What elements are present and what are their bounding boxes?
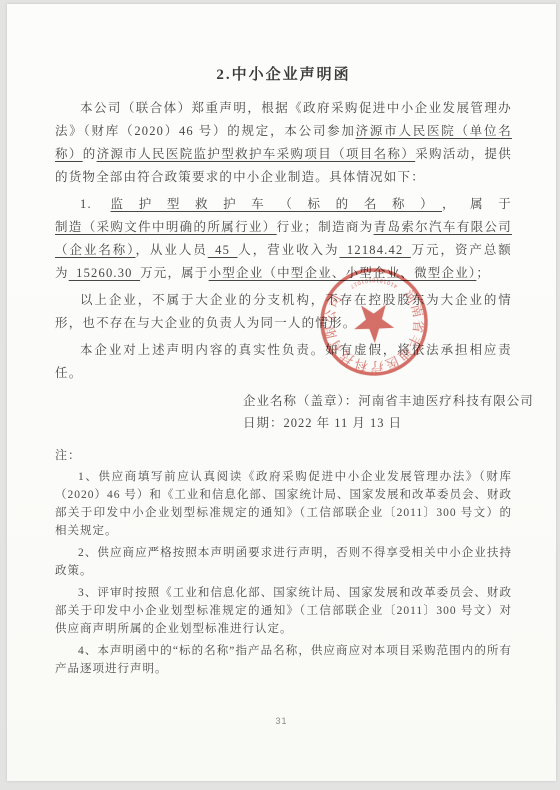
responsibility-paragraph: 本企业对上述声明内容的真实性负责。如有虚假，将依法承担相应责任。 <box>55 339 512 385</box>
notes-section: 注： 1、供应商填写前应认真阅读《政府采购促进中小企业发展管理办法》（财库（20… <box>55 446 512 678</box>
text-run: 行业；制造商为 <box>277 220 374 234</box>
document-title: 2.中小企业声明函 <box>55 64 512 86</box>
scan-background: { "document": { "title": "2.中小企业声明函", "p… <box>0 0 560 790</box>
notes-label: 注： <box>55 446 512 464</box>
date-label: 日期： <box>243 416 284 430</box>
text-run: 的 <box>83 147 97 161</box>
filled-blank: 制造（采购文件中明确的所属行业） <box>55 220 277 234</box>
branch-statement-paragraph: 以上企业，不属于大企业的分支机构，不存在控股股东为大企业的情形，也不存在与大企业… <box>55 289 512 335</box>
company-name-label: 企业名称（盖章）： <box>243 394 358 408</box>
company-name-value: 河南省丰迪医疗科技有限公司 <box>358 394 534 408</box>
filled-blank: 小型企业（中型企业、小型企业、微型企业） <box>209 266 477 280</box>
page-number: 31 <box>7 716 556 726</box>
note-item-2: 2、供应商应严格按照本声明函要求进行声明，否则不得享受相关中小企业扶持政策。 <box>55 544 512 580</box>
text-run: 人，营业收入为 <box>238 243 340 257</box>
company-name-line: 企业名称（盖章）：河南省丰迪医疗科技有限公司 <box>243 390 512 412</box>
note-item-3: 3、评审时按照《工业和信息化部、国家统计局、国家发展和改革委员会、财政部关于印发… <box>55 584 512 638</box>
intro-paragraph: 本公司（联合体）郑重声明，根据《政府采购促进中小企业发展管理办法》（财库（202… <box>55 97 512 189</box>
text-run: 万元，属于 <box>140 266 209 280</box>
declaration-item-1: 1. 监护型救护车（标的名称），属于制造（采购文件中明确的所属行业）行业；制造商… <box>55 193 512 285</box>
date-value: 2022 年 11 月 13 日 <box>284 416 403 430</box>
filled-blank: 15260.30 <box>69 266 140 280</box>
text-run: ； <box>476 266 490 280</box>
text-run: 1. <box>80 197 111 211</box>
text-run: ，从业人员 <box>135 243 207 257</box>
note-item-1: 1、供应商填写前应认真阅读《政府采购促进中小企业发展管理办法》（财库（2020）… <box>55 468 512 540</box>
note-item-4: 4、本声明函中的“标的名称”指产品名称，供应商应对本项目采购范围内的所有产品逐项… <box>55 642 512 678</box>
date-line: 日期：2022 年 11 月 13 日 <box>243 412 512 434</box>
filled-blank: 12184.42 <box>339 243 410 257</box>
signature-block: 企业名称（盖章）：河南省丰迪医疗科技有限公司 日期：2022 年 11 月 13… <box>243 390 512 434</box>
filled-blank: 济源市人民医院监护型救护车采购项目（项目名称） <box>97 147 416 161</box>
document-content: 2.中小企业声明函 本公司（联合体）郑重声明，根据《政府采购促进中小企业发展管理… <box>7 4 556 678</box>
filled-blank: 45 <box>208 243 238 257</box>
text-run: ，属于 <box>442 197 512 211</box>
document-page: 2.中小企业声明函 本公司（联合体）郑重声明，根据《政府采购促进中小企业发展管理… <box>7 4 556 781</box>
filled-blank: 监护型救护车（标的名称） <box>111 197 442 211</box>
